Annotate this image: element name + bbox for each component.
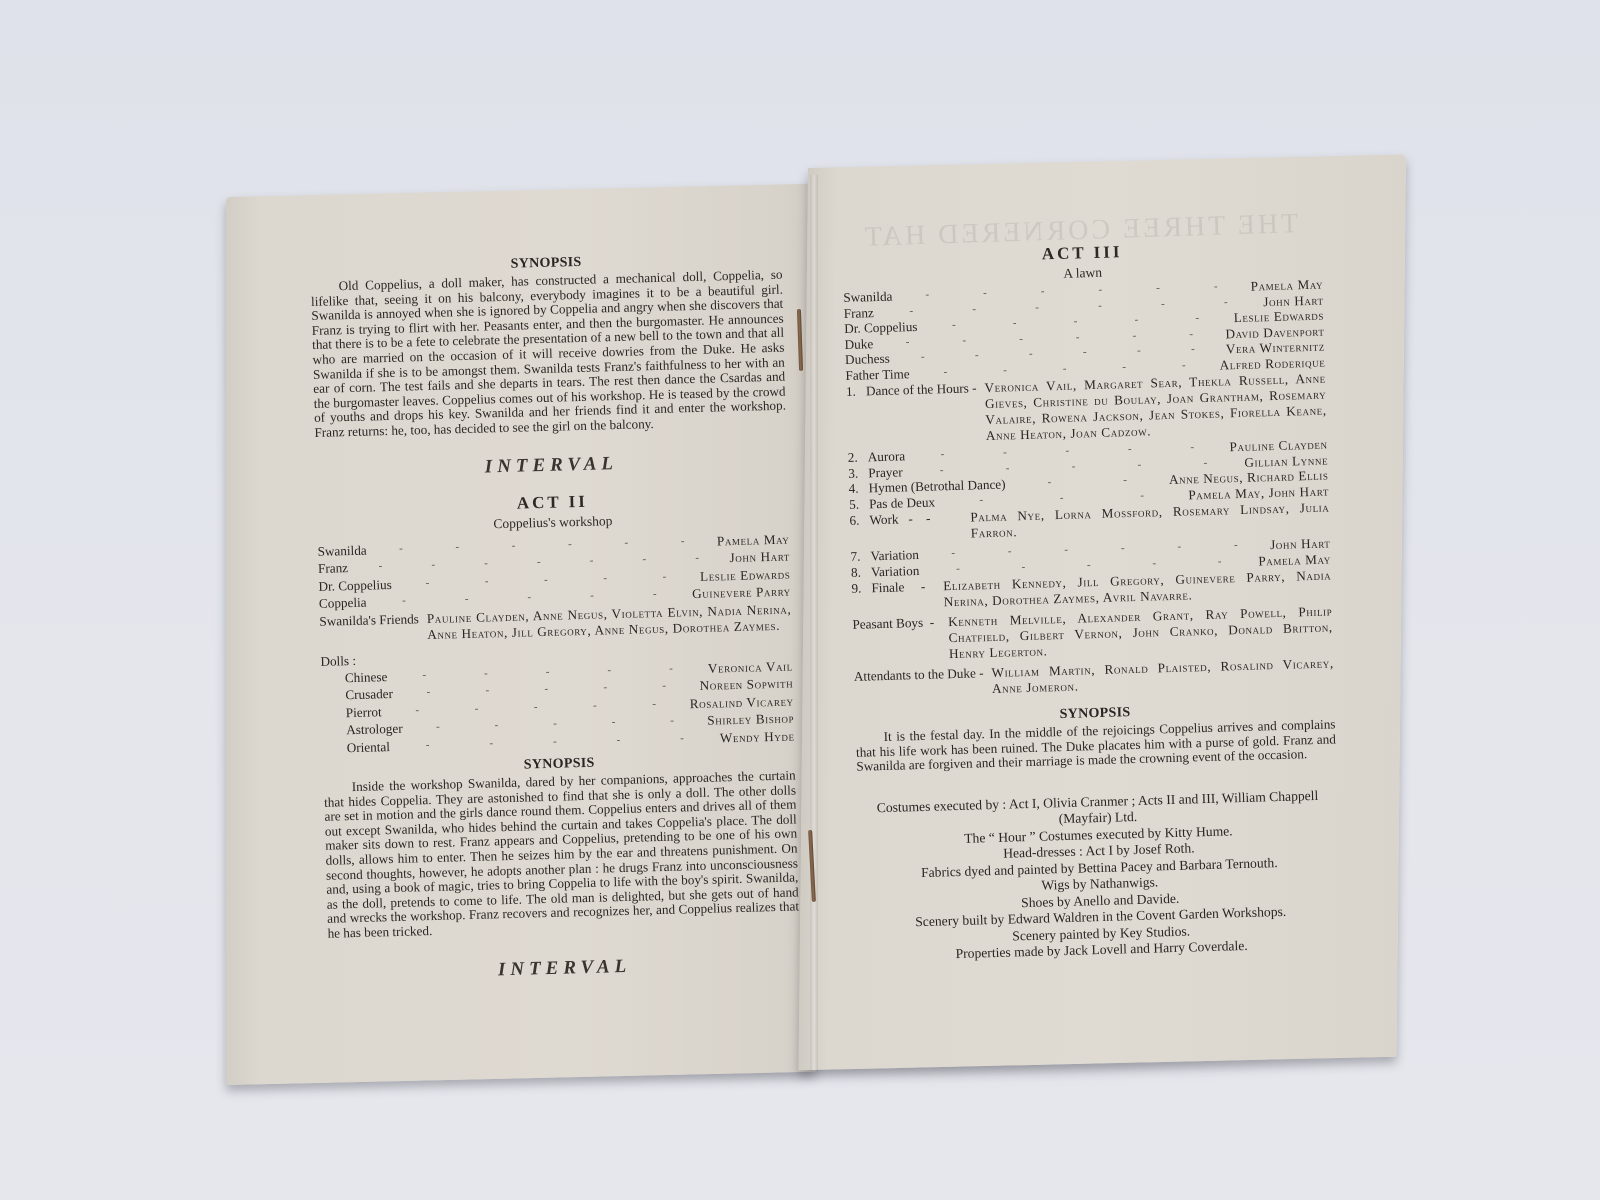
dance-role: 1.Dance of the Hours - bbox=[846, 380, 986, 448]
cast-performer: Wendy Hyde bbox=[720, 727, 795, 746]
cast-role: Father Time bbox=[845, 366, 910, 383]
dance-role: 3.Prayer bbox=[848, 464, 903, 481]
cast-role: Astrologer bbox=[322, 720, 403, 740]
cast-role: Chinese bbox=[321, 668, 388, 687]
right-page-content: ACT III A lawn Swanilda ------ Pamela Ma… bbox=[842, 237, 1342, 966]
act3-cast-list: Swanilda ------ Pamela May Franz ------ … bbox=[843, 277, 1334, 701]
production-credits: Costumes executed by : Act I, Olivia Cra… bbox=[857, 787, 1341, 965]
cast-role: Dr. Coppelius bbox=[318, 576, 392, 595]
synopsis-act2-text: Inside the workshop Swanilda, dared by h… bbox=[324, 768, 800, 941]
dance-performers: Veronica Vail, Margaret Sear, Thekla Rus… bbox=[984, 371, 1327, 445]
cast-performer: Veronica Vail bbox=[708, 657, 793, 677]
cast-role: Franz bbox=[844, 305, 874, 321]
dance-performer: Pamela May bbox=[1258, 551, 1331, 569]
cast-performer: Guinevere Parry bbox=[692, 583, 791, 603]
dance-performer: John Hart bbox=[1270, 535, 1331, 552]
cast-role: Attendants to the Duke - bbox=[854, 665, 993, 701]
cast-performer: Pamela May bbox=[717, 530, 790, 549]
interval-heading-2: INTERVAL bbox=[328, 951, 800, 985]
cast-role: Coppelia bbox=[319, 594, 367, 613]
synopsis-act1-text: Old Coppelius, a doll maker, has constru… bbox=[310, 268, 786, 441]
cast-role: Peasant Boys - bbox=[852, 614, 949, 665]
cast-performers: Kenneth Melville, Alexander Grant, Ray P… bbox=[948, 603, 1333, 662]
dance-row: 1.Dance of the Hours - Veronica Vail, Ma… bbox=[846, 371, 1328, 448]
left-page-content: SYNOPSIS Old Coppelius, a doll maker, ha… bbox=[310, 250, 801, 1002]
cast-performer: Alfred Roderique bbox=[1219, 354, 1325, 372]
cast-role: Swanilda bbox=[317, 541, 367, 560]
cast-role: Crusader bbox=[321, 685, 393, 704]
dance-role: 2.Aurora bbox=[848, 448, 906, 465]
cast-performers: William Martin, Ronald Plaisted, Rosalin… bbox=[991, 655, 1334, 697]
cast-group-row: Peasant Boys - Kenneth Melville, Alexand… bbox=[852, 603, 1333, 664]
cast-role: Duchess bbox=[845, 351, 890, 368]
cast-performer: John Hart bbox=[1263, 292, 1324, 309]
cast-performer: John Hart bbox=[729, 548, 790, 567]
dance-role: 6.Work - - bbox=[849, 510, 971, 545]
cast-role: Pierrot bbox=[322, 703, 382, 722]
act2-cast-list: Swanilda ------ Pamela May Franz -------… bbox=[317, 530, 794, 757]
cast-role: Swanilda bbox=[843, 289, 893, 306]
booklet-spine-fold bbox=[810, 175, 818, 1070]
dance-role: 5.Pas de Deux bbox=[849, 494, 935, 512]
dance-role: 8.Variation bbox=[851, 562, 920, 579]
interval-heading-1: INTERVAL bbox=[315, 448, 787, 482]
cast-role: Swanilda's Friends bbox=[319, 611, 427, 646]
cast-role: Franz bbox=[318, 559, 348, 577]
cast-role: Duke bbox=[844, 336, 873, 352]
dance-role: 9.Finale - bbox=[851, 578, 944, 613]
cast-role: Oriental bbox=[323, 738, 391, 757]
cast-performer: Shirley Bishop bbox=[707, 710, 794, 730]
